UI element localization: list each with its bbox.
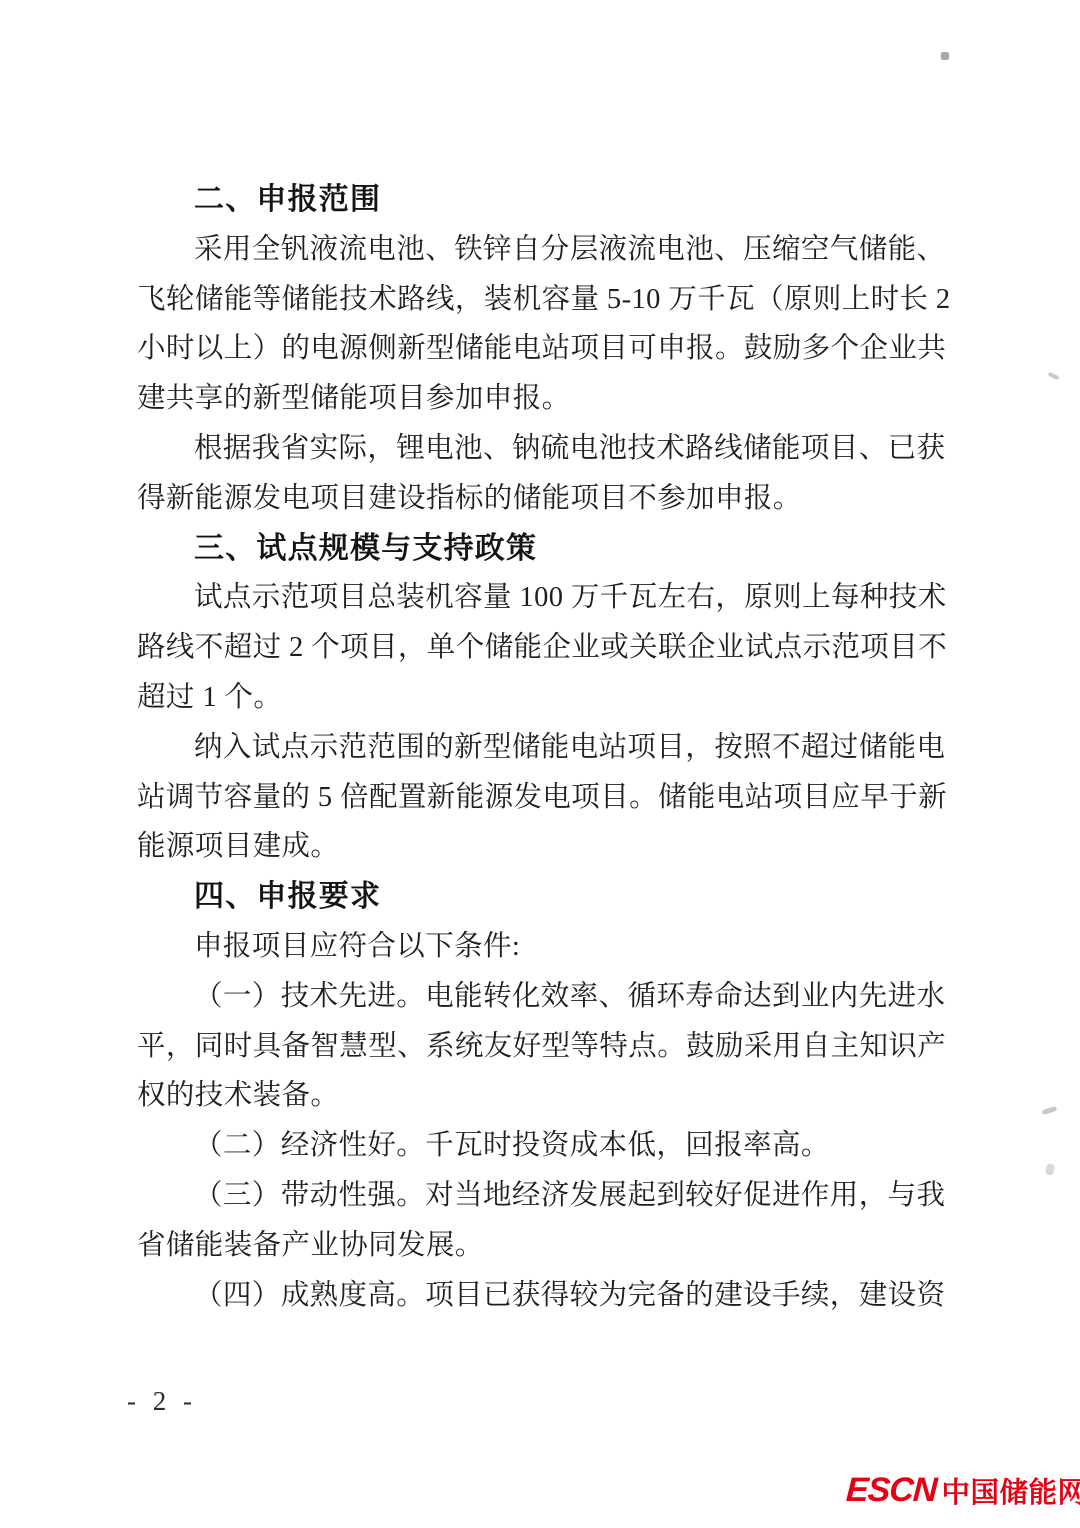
escn-logo: ESCN 中国储能网: [846, 1470, 1080, 1511]
escn-logo-latin: ESCN: [845, 1471, 938, 1510]
text-line: （一）技术先进。电能转化效率、循环寿命达到业内先进水: [137, 972, 943, 1022]
text-line: 得新能源发电项目建设指标的储能项目不参加申报。: [137, 474, 943, 524]
page-number: - 2 -: [127, 1386, 197, 1417]
text-line: 权的技术装备。: [137, 1071, 943, 1121]
text-line: 能源项目建成。: [137, 822, 943, 872]
text-line: 站调节容量的 5 倍配置新能源发电项目。储能电站项目应早于新: [137, 773, 943, 823]
text-line: 建共享的新型储能项目参加申报。: [137, 374, 943, 424]
section-heading: 四、申报要求: [137, 872, 943, 922]
scan-artifact: [941, 52, 949, 60]
document-body: 二、申报范围采用全钒液流电池、铁锌自分层液流电池、压缩空气储能、飞轮储能等储能技…: [137, 175, 943, 1320]
text-line: 根据我省实际，锂电池、钠硫电池技术路线储能项目、已获: [137, 424, 943, 474]
text-line: 申报项目应符合以下条件:: [137, 922, 943, 972]
section-heading: 三、试点规模与支持政策: [137, 524, 943, 574]
scan-artifact: [1042, 1106, 1058, 1115]
scan-artifact: [1045, 1163, 1055, 1176]
text-line: 试点示范项目总装机容量 100 万千瓦左右，原则上每种技术: [137, 573, 943, 623]
text-line: 采用全钒液流电池、铁锌自分层液流电池、压缩空气储能、: [137, 225, 943, 275]
text-line: 路线不超过 2 个项目，单个储能企业或关联企业试点示范项目不: [137, 623, 943, 673]
escn-logo-chinese: 中国储能网: [941, 1470, 1080, 1511]
text-line: 飞轮储能等储能技术路线，装机容量 5-10 万千瓦（原则上时长 2: [137, 275, 943, 325]
section-heading: 二、申报范围: [137, 175, 943, 225]
text-line: （二）经济性好。千瓦时投资成本低，回报率高。: [137, 1121, 943, 1171]
scan-artifact: [1048, 372, 1060, 380]
text-line: （四）成熟度高。项目已获得较为完备的建设手续，建设资: [137, 1271, 943, 1321]
text-line: 省储能装备产业协同发展。: [137, 1221, 943, 1271]
text-line: 超过 1 个。: [137, 673, 943, 723]
document-page: 二、申报范围采用全钒液流电池、铁锌自分层液流电池、压缩空气储能、飞轮储能等储能技…: [0, 0, 1080, 1528]
text-line: 纳入试点示范范围的新型储能电站项目，按照不超过储能电: [137, 723, 943, 773]
text-line: 小时以上）的电源侧新型储能电站项目可申报。鼓励多个企业共: [137, 324, 943, 374]
text-line: 平，同时具备智慧型、系统友好型等特点。鼓励采用自主知识产: [137, 1022, 943, 1072]
text-line: （三）带动性强。对当地经济发展起到较好促进作用，与我: [137, 1171, 943, 1221]
